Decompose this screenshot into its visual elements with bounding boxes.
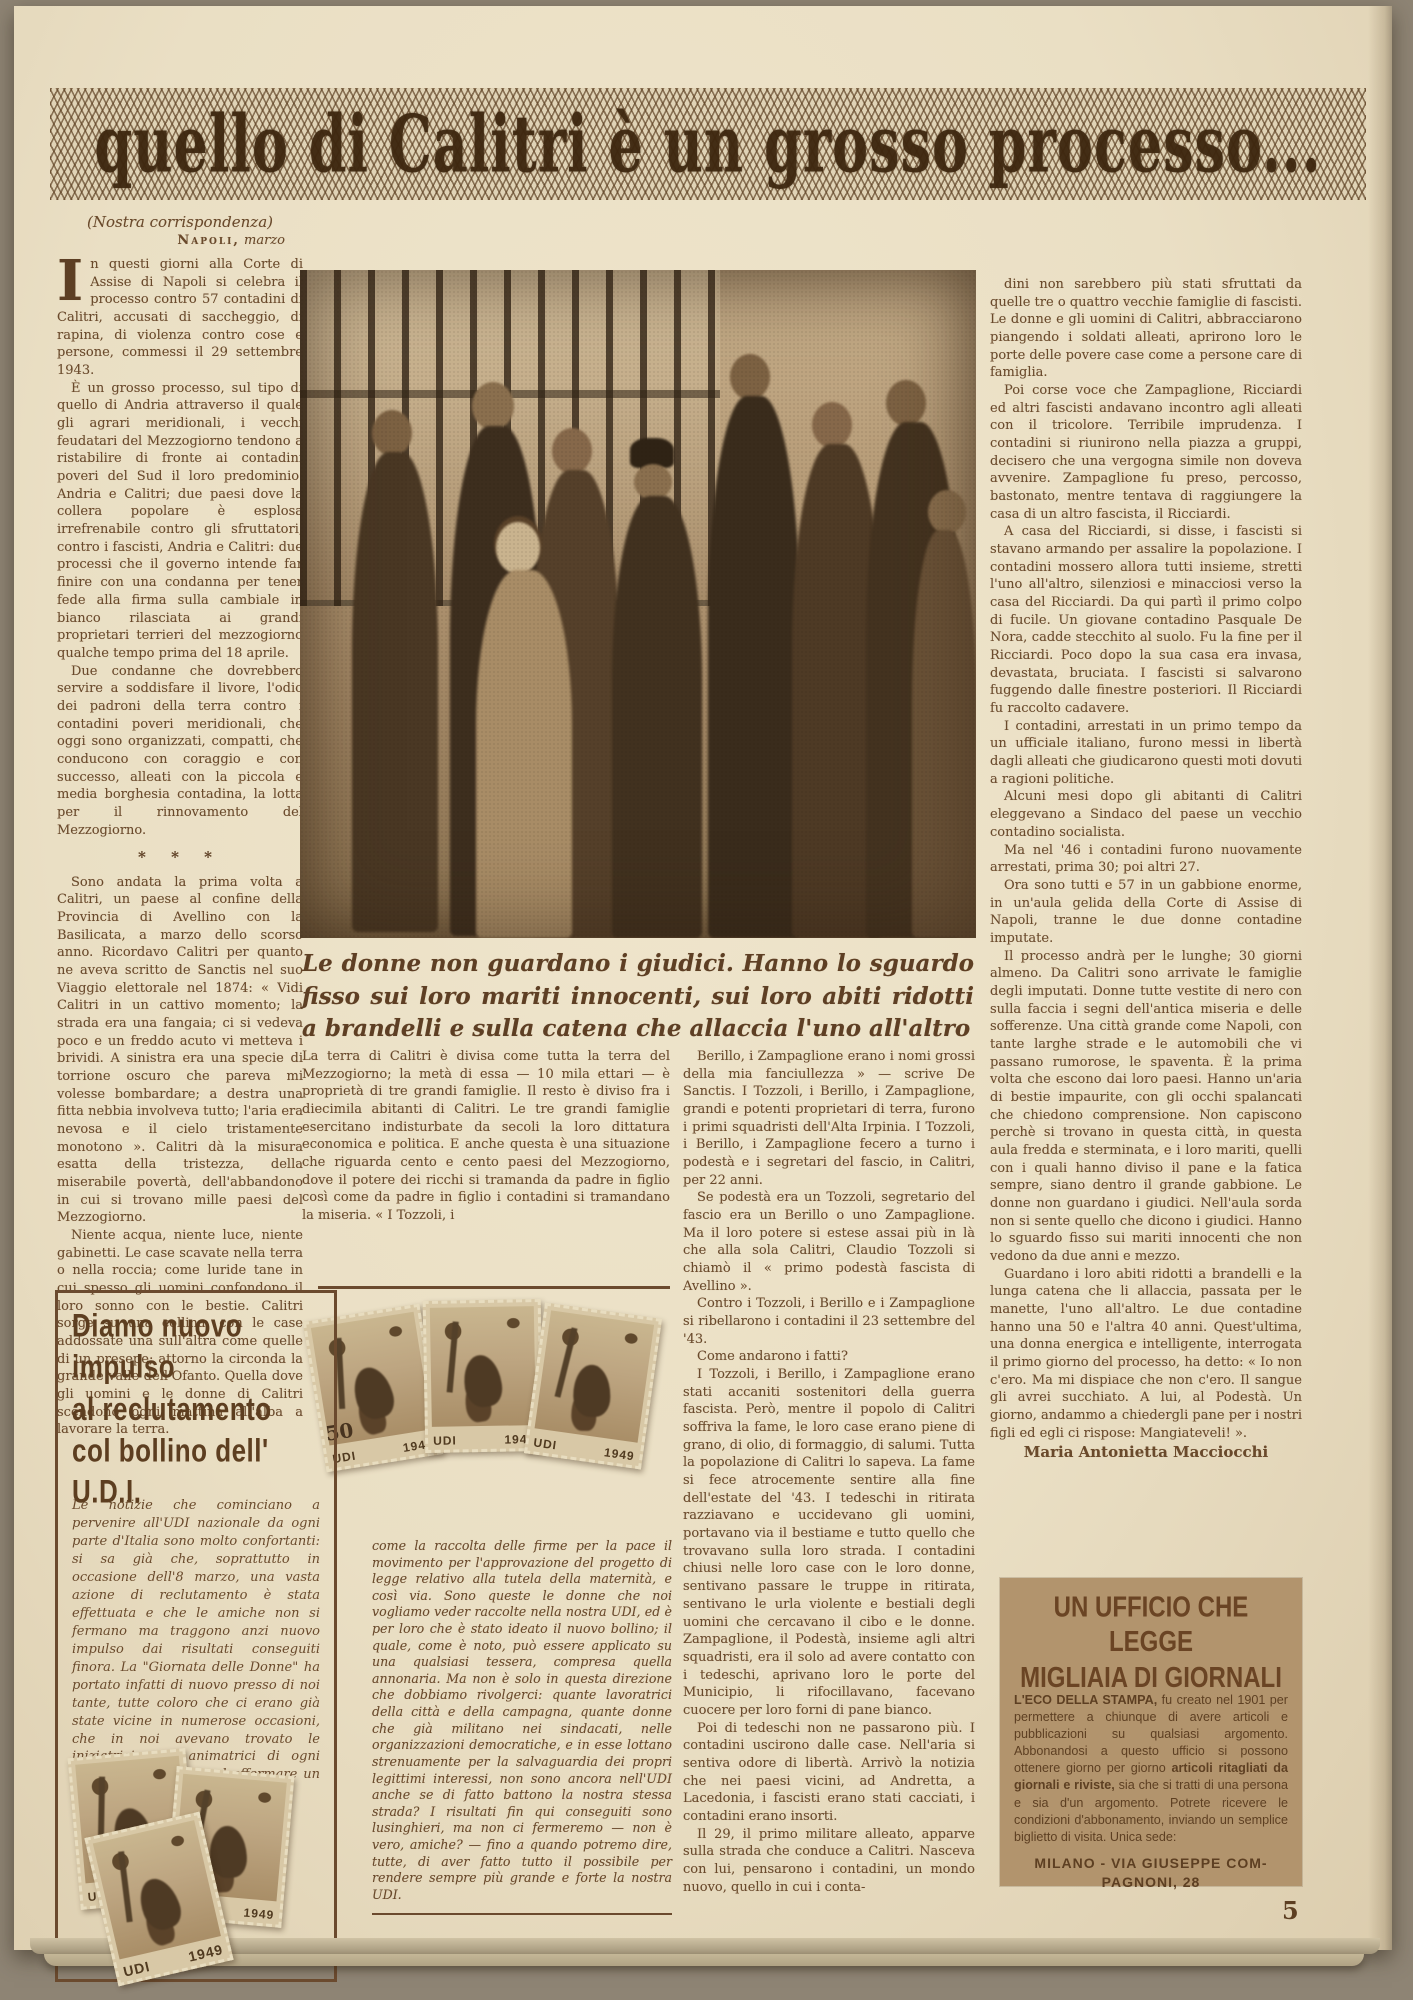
paragraph: I Tozzoli, i Berillo, i Zampaglione eran… xyxy=(683,1366,975,1719)
udi-title-line2: al reclutamento xyxy=(72,1388,320,1430)
paragraph: Guardano i loro abiti ridotti a brandell… xyxy=(990,1266,1302,1443)
paragraph: La terra di Calitri è divisa come tutta … xyxy=(302,1048,670,1225)
paragraph: Poi di tedeschi non ne passarono più. I … xyxy=(683,1720,975,1826)
udi-recruitment-box: Diamo nuovo impulso al reclutamento col … xyxy=(55,1290,337,1982)
udi-article-continuation: come la raccolta delle firme per la pace… xyxy=(372,1538,672,1915)
stamp-label: UDI xyxy=(433,1433,457,1447)
column-2: La terra di Calitri è divisa come tutta … xyxy=(302,1048,670,1225)
stamp-year: 1949 xyxy=(187,1941,225,1964)
paragraph: Due condanne che dovrebbero servire a so… xyxy=(57,663,303,840)
paragraph: dini non sarebbero più stati sfruttati d… xyxy=(990,276,1302,382)
author-signature: Maria Antonietta Macciocchi xyxy=(990,1442,1302,1462)
eco-address-line2: PAGNONI, 28 xyxy=(1014,1873,1288,1892)
eco-stampa-box: UN UFFICIO CHE LEGGE MIGLIAIA DI GIORNAL… xyxy=(1000,1578,1302,1886)
byline: (Nostra corrispondenza) xyxy=(57,212,303,232)
paragraph: A casa del Ricciardi, si disse, i fascis… xyxy=(990,523,1302,717)
stamp-year: 1949 xyxy=(243,1906,275,1923)
eco-box-address: MILANO - VIA GIUSEPPE COM- PAGNONI, 28 xyxy=(1014,1854,1288,1892)
stamp-label: UDI xyxy=(533,1435,558,1452)
stamp-year: 1949 xyxy=(603,1445,635,1463)
eco-box-body: L'ECO DELLA STAMPA, fu creato nel 1901 p… xyxy=(1014,1692,1288,1846)
stamp-picture xyxy=(535,1310,655,1442)
column-4: dini non sarebbero più stati sfruttati d… xyxy=(990,276,1302,1463)
column1-part-a: È un grosso processo, sul tipo di quello… xyxy=(57,380,303,839)
photo-vignette xyxy=(300,270,976,938)
paragraph: Il 29, il primo militare alleato, apparv… xyxy=(683,1826,975,1897)
dateline-month: marzo xyxy=(244,233,285,248)
dateline: Napoli, marzo xyxy=(57,232,285,250)
paragraph: Il processo andrà per le lunghe; 30 gior… xyxy=(990,948,1302,1266)
drop-cap: I xyxy=(57,259,83,305)
dateline-city: Napoli, xyxy=(177,233,240,248)
paragraph: come la raccolta delle firme per la pace… xyxy=(372,1538,672,1903)
lead-column: (Nostra corrispondenza) Napoli, marzo In… xyxy=(57,212,303,1439)
page-bottom-curl-shadow xyxy=(44,1954,1364,1966)
stamp-label: UDI xyxy=(122,1958,152,1980)
stamp-picture xyxy=(430,1306,536,1427)
article-end-rule xyxy=(372,1913,672,1915)
paragraph: Se podestà era un Tozzoli, segretario de… xyxy=(683,1189,975,1295)
opening-text: n questi giorni alla Corte di Assise di … xyxy=(57,257,303,378)
eco-title-line2: MIGLIAIA DI GIORNALI xyxy=(1014,1660,1288,1695)
column4-text: dini non sarebbero più stati sfruttati d… xyxy=(990,276,1302,1442)
eco-title-line1: UN UFFICIO CHE LEGGE xyxy=(1014,1590,1288,1660)
eco-address-line1: MILANO - VIA GIUSEPPE COM- xyxy=(1014,1854,1288,1873)
column-rule xyxy=(318,1286,670,1289)
paper-right-edge xyxy=(1368,6,1392,1950)
paragraph: Ma nel '46 i contadini furono nuovamente… xyxy=(990,842,1302,877)
paragraph: È un grosso processo, sul tipo di quello… xyxy=(57,380,303,663)
page-headline: quello di Calitri è un grosso processo..… xyxy=(94,98,1321,191)
paragraph: Alcuni mesi dopo gli abitanti di Calitri… xyxy=(990,788,1302,841)
udi-stamp-image: UDI1949 xyxy=(423,1299,544,1453)
paragraph: Come andarono i fatti? xyxy=(683,1348,975,1366)
udi-continuation-text: come la raccolta delle firme per la pace… xyxy=(372,1538,672,1903)
udi-box-stamps-cluster: UDI1949 UDI1949 UDI1949 xyxy=(74,1745,314,1970)
paragraph: Contro i Tozzoli, i Berillo e i Zampagli… xyxy=(683,1295,975,1348)
paragraph: Sono andata la prima volta a Calitri, un… xyxy=(57,874,303,1227)
courtroom-photo-image xyxy=(300,270,976,938)
column-3: Berillo, i Zampaglione erano i nomi gros… xyxy=(683,1048,975,1896)
udi-title-line1: Diamo nuovo impulso xyxy=(72,1305,320,1388)
paragraph: I contadini, arrestati in un primo tempo… xyxy=(990,718,1302,789)
asterisk-separator: * * * xyxy=(57,847,303,867)
udi-stamp-image: UDI1949 xyxy=(524,1303,662,1470)
paragraph: Berillo, i Zampaglione erano i nomi gros… xyxy=(683,1048,975,1189)
page-number: 5 xyxy=(1282,1896,1299,1925)
udi-stamps-cluster: 50 UDI1949 UDI1949 UDI1949 xyxy=(320,1296,676,1531)
stamp-picture xyxy=(93,1820,221,1959)
newspaper-page: quello di Calitri è un grosso processo..… xyxy=(0,0,1413,2000)
udi-title-line3: col bollino dell' U.D.I. xyxy=(72,1430,320,1513)
opening-paragraph: In questi giorni alla Corte di Assise di… xyxy=(57,256,303,380)
photo-caption: Le donne non guardano i giudici. Hanno l… xyxy=(302,948,974,1046)
paragraph: Poi corse voce che Zampaglione, Ricciard… xyxy=(990,382,1302,523)
page-bottom-curl xyxy=(30,1938,1380,1954)
eco-box-title: UN UFFICIO CHE LEGGE MIGLIAIA DI GIORNAL… xyxy=(1014,1590,1288,1695)
paragraph: Ora sono tutti e 57 in un gabbione enorm… xyxy=(990,877,1302,948)
udi-box-title: Diamo nuovo impulso al reclutamento col … xyxy=(72,1305,320,1513)
headline-band: quello di Calitri è un grosso processo..… xyxy=(50,88,1366,200)
